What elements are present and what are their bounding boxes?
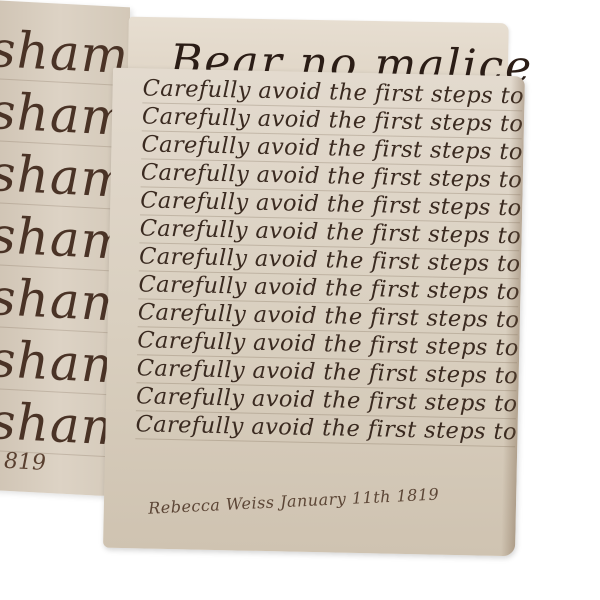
left-copy-line: shame — [0, 20, 130, 87]
main-copybook-page: Carefully avoid the first steps to evil … — [103, 68, 525, 557]
photo-scene: shame shame shame shame shame shame sham… — [0, 0, 600, 600]
left-date-fragment: 1819 — [0, 448, 46, 476]
signature-date: Rebecca Weiss January 11th 1819 — [148, 485, 440, 518]
left-copy-line: shame — [0, 82, 130, 149]
